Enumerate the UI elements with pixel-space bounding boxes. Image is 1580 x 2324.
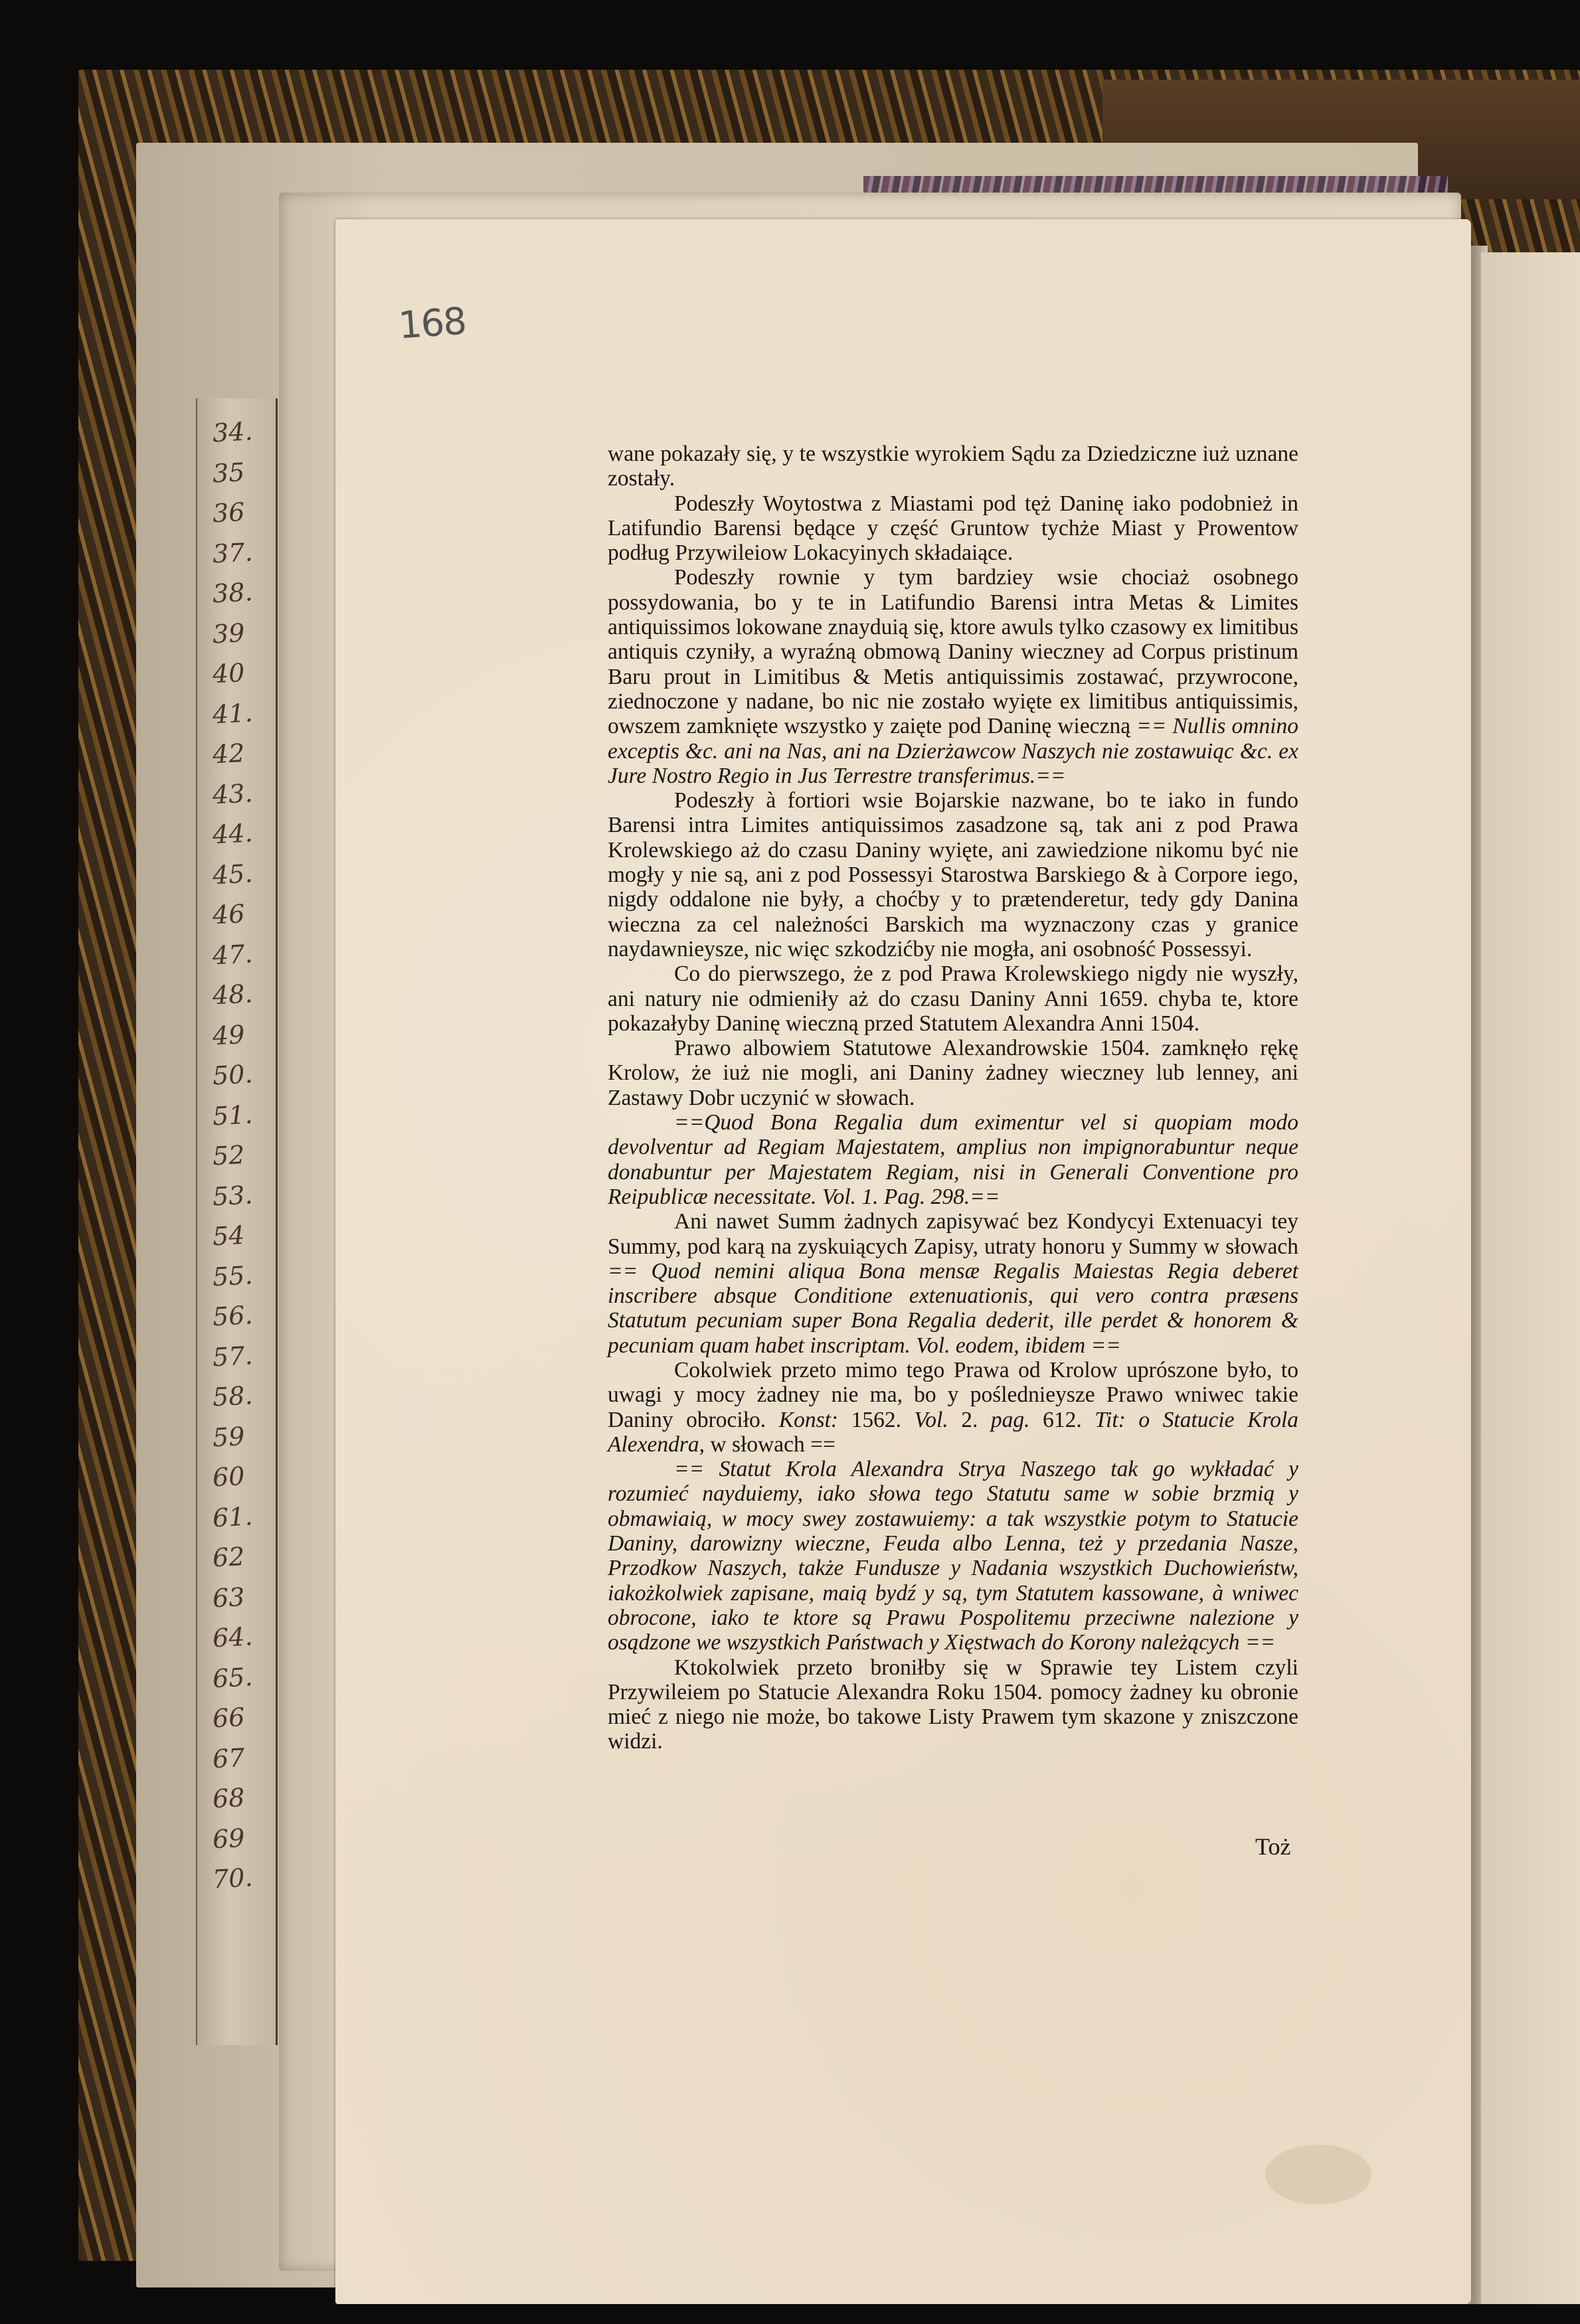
margin-number: 67 [211, 1736, 273, 1779]
paragraph: Ani nawet Summ żadnych zapisywać bez Kon… [608, 1209, 1298, 1358]
margin-number: 37. [211, 531, 273, 574]
italic-quotation: ==Quod Bona Regalia dum eximentur vel si… [608, 1110, 1298, 1209]
margin-number: 52 [211, 1133, 273, 1177]
margin-number: 64. [211, 1616, 273, 1659]
italic-quotation: == Quod nemini aliqua Bona mensæ Regalis… [608, 1259, 1298, 1358]
margin-number: 48. [211, 973, 273, 1016]
margin-number: 49 [211, 1013, 273, 1056]
text-run: Podeszły rownie y tym bardziey wsie choc… [608, 565, 1298, 738]
paper-stain [1265, 2145, 1371, 2204]
text-run: wane pokazały się, y te wszystkie wyroki… [608, 442, 1298, 491]
text-run: Ktokolwiek przeto broniłby się w Sprawie… [608, 1655, 1298, 1754]
handwritten-folio-number: 168 [397, 300, 467, 348]
margin-number: 41. [211, 691, 273, 734]
margin-number: 54 [211, 1214, 273, 1257]
italic-quotation: Vol. [915, 1408, 962, 1432]
margin-number: 45. [211, 852, 273, 895]
paragraph: Podeszły à fortiori wsie Bojarskie nazwa… [608, 788, 1298, 961]
paragraph: Podeszły Woytostwa z Miastami pod tęż Da… [608, 491, 1298, 566]
text-run: Podeszły à fortiori wsie Bojarskie nazwa… [608, 788, 1298, 961]
margin-number: 35 [211, 450, 273, 493]
margin-number: 53. [211, 1173, 273, 1216]
margin-number: 60 [211, 1455, 273, 1498]
text-run: 612. [1043, 1408, 1095, 1432]
text-run: Co do pierwszego, że z pod Prawa Krolews… [608, 961, 1298, 1036]
margin-number: 47. [211, 932, 273, 975]
margin-number: 51. [211, 1093, 273, 1136]
margin-number: 40 [211, 651, 273, 695]
margin-number: 63 [211, 1575, 273, 1618]
paragraph: Cokolwiek przeto mimo tego Prawa od Krol… [608, 1358, 1298, 1457]
margin-number: 34. [211, 410, 273, 454]
margin-number: 46 [211, 892, 273, 936]
paragraph: Podeszły rownie y tym bardziey wsie choc… [608, 565, 1298, 788]
margin-number: 61. [211, 1495, 273, 1538]
margin-number: 58. [211, 1374, 273, 1418]
margin-number: 56. [211, 1294, 273, 1337]
text-run: Podeszły Woytostwa z Miastami pod tęż Da… [608, 491, 1298, 566]
margin-number: 59 [211, 1414, 273, 1457]
body-text: wane pokazały się, y te wszystkie wyroki… [608, 442, 1298, 1754]
catchword: Toż [1255, 1833, 1290, 1861]
italic-quotation: Konst: [779, 1408, 851, 1432]
paragraph: == Statut Krola Alexandra Stryа Naszego … [608, 1457, 1298, 1655]
margin-number: 38. [211, 571, 273, 614]
paragraph: ==Quod Bona Regalia dum eximentur vel si… [608, 1110, 1298, 1209]
margin-number: 66 [211, 1696, 273, 1739]
margin-number: 43. [211, 772, 273, 815]
paragraph: wane pokazały się, y te wszystkie wyroki… [608, 442, 1298, 491]
text-run: Ani nawet Summ żadnych zapisywać bez Kon… [608, 1209, 1298, 1258]
handwritten-margin-numbers: 34.353637.38.394041.4243.44.45.4647.48.4… [213, 412, 272, 1898]
margin-number: 55. [211, 1254, 273, 1297]
margin-number: 65. [211, 1655, 273, 1699]
margin-number: 50. [211, 1053, 273, 1096]
margin-number: 70. [211, 1857, 273, 1900]
facing-page [1481, 252, 1580, 2304]
paragraph: Co do pierwszego, że z pod Prawa Krolews… [608, 961, 1298, 1036]
margin-number: 39 [211, 611, 273, 654]
text-run: 1562. [851, 1408, 915, 1432]
paragraph: Ktokolwiek przeto broniłby się w Sprawie… [608, 1655, 1298, 1754]
text-run: 2. [961, 1408, 991, 1432]
text-run: Prawo albowiem Statutowe Alexandrowskie … [608, 1036, 1298, 1110]
text-run: , w słowach == [699, 1432, 835, 1457]
margin-number: 36 [211, 491, 273, 534]
margin-number: 68 [211, 1776, 273, 1819]
margin-number: 62 [211, 1535, 273, 1578]
italic-quotation: == Statut Krola Alexandra Stryа Naszego … [608, 1457, 1298, 1655]
margin-number: 57. [211, 1334, 273, 1377]
paragraph: Prawo albowiem Statutowe Alexandrowskie … [608, 1036, 1298, 1110]
margin-number: 69 [211, 1816, 273, 1859]
margin-number: 42 [211, 732, 273, 775]
margin-number: 44. [211, 812, 273, 855]
italic-quotation: pag. [991, 1408, 1043, 1432]
margin-rule [276, 398, 278, 2045]
